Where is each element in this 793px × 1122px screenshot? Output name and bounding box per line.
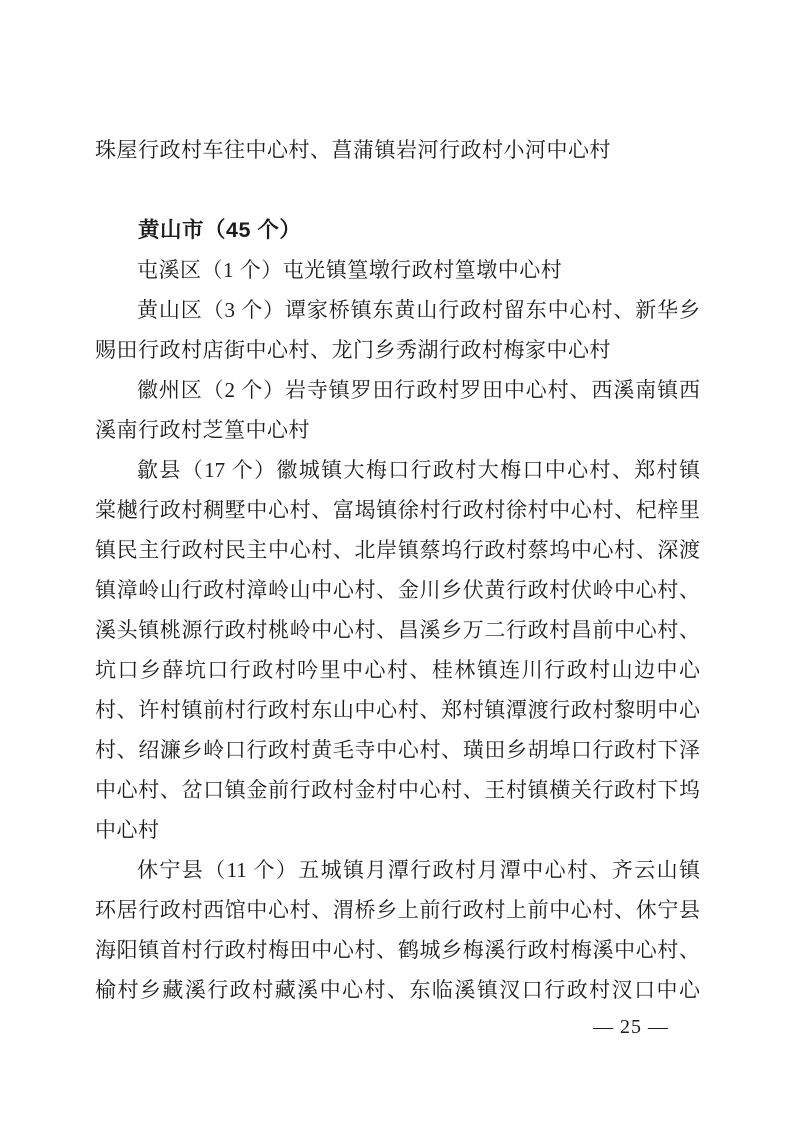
body-line: 中心村: [95, 810, 700, 850]
body-line: 歙县（17 个）徽城镇大梅口行政村大梅口中心村、郑村镇: [95, 450, 700, 490]
body-line: 赐田行政村店街中心村、龙门乡秀湖行政村梅家中心村: [95, 330, 700, 370]
continuation-line: 珠屋行政村车往中心村、菖蒲镇岩河行政村小河中心村: [95, 130, 700, 170]
body-line: 榆村乡藏溪行政村藏溪中心村、东临溪镇汊口行政村汊口中心: [95, 970, 700, 1010]
body-line: 黄山区（3 个）谭家桥镇东黄山行政村留东中心村、新华乡: [95, 290, 700, 330]
section-heading: 黄山市（45 个）: [95, 210, 700, 250]
body-line: 棠樾行政村稠墅中心村、富堨镇徐村行政村徐村中心村、杞梓里: [95, 490, 700, 530]
page-body: 珠屋行政村车往中心村、菖蒲镇岩河行政村小河中心村 黄山市（45 个） 屯溪区（1…: [95, 130, 700, 1010]
body-line: 溪头镇桃源行政村桃岭中心村、昌溪乡万二行政村昌前中心村、: [95, 610, 700, 650]
body-line: 徽州区（2 个）岩寺镇罗田行政村罗田中心村、西溪南镇西: [95, 370, 700, 410]
document-page: 珠屋行政村车往中心村、菖蒲镇岩河行政村小河中心村 黄山市（45 个） 屯溪区（1…: [0, 0, 793, 1122]
body-line: 海阳镇首村行政村梅田中心村、鹤城乡梅溪行政村梅溪中心村、: [95, 930, 700, 970]
body-line: 镇民主行政村民主中心村、北岸镇蔡坞行政村蔡坞中心村、深渡: [95, 530, 700, 570]
body-line: 中心村、岔口镇金前行政村金村中心村、王村镇横关行政村下坞: [95, 770, 700, 810]
body-line: 屯溪区（1 个）屯光镇篁墩行政村篁墩中心村: [95, 250, 700, 290]
page-number: — 25 —: [593, 1012, 669, 1042]
body-line: 村、许村镇前村行政村东山中心村、郑村镇潭渡行政村黎明中心: [95, 690, 700, 730]
body-line: 休宁县（11 个）五城镇月潭行政村月潭中心村、齐云山镇: [95, 850, 700, 890]
body-line: 溪南行政村芝篁中心村: [95, 410, 700, 450]
body-line: 村、绍濂乡岭口行政村黄毛寺中心村、璜田乡胡埠口行政村下泽: [95, 730, 700, 770]
body-line: 镇漳岭山行政村漳岭山中心村、金川乡伏黄行政村伏岭中心村、: [95, 570, 700, 610]
body-line: 坑口乡薛坑口行政村吟里中心村、桂林镇连川行政村山边中心: [95, 650, 700, 690]
body-line: 环居行政村西馆中心村、渭桥乡上前行政村上前中心村、休宁县: [95, 890, 700, 930]
